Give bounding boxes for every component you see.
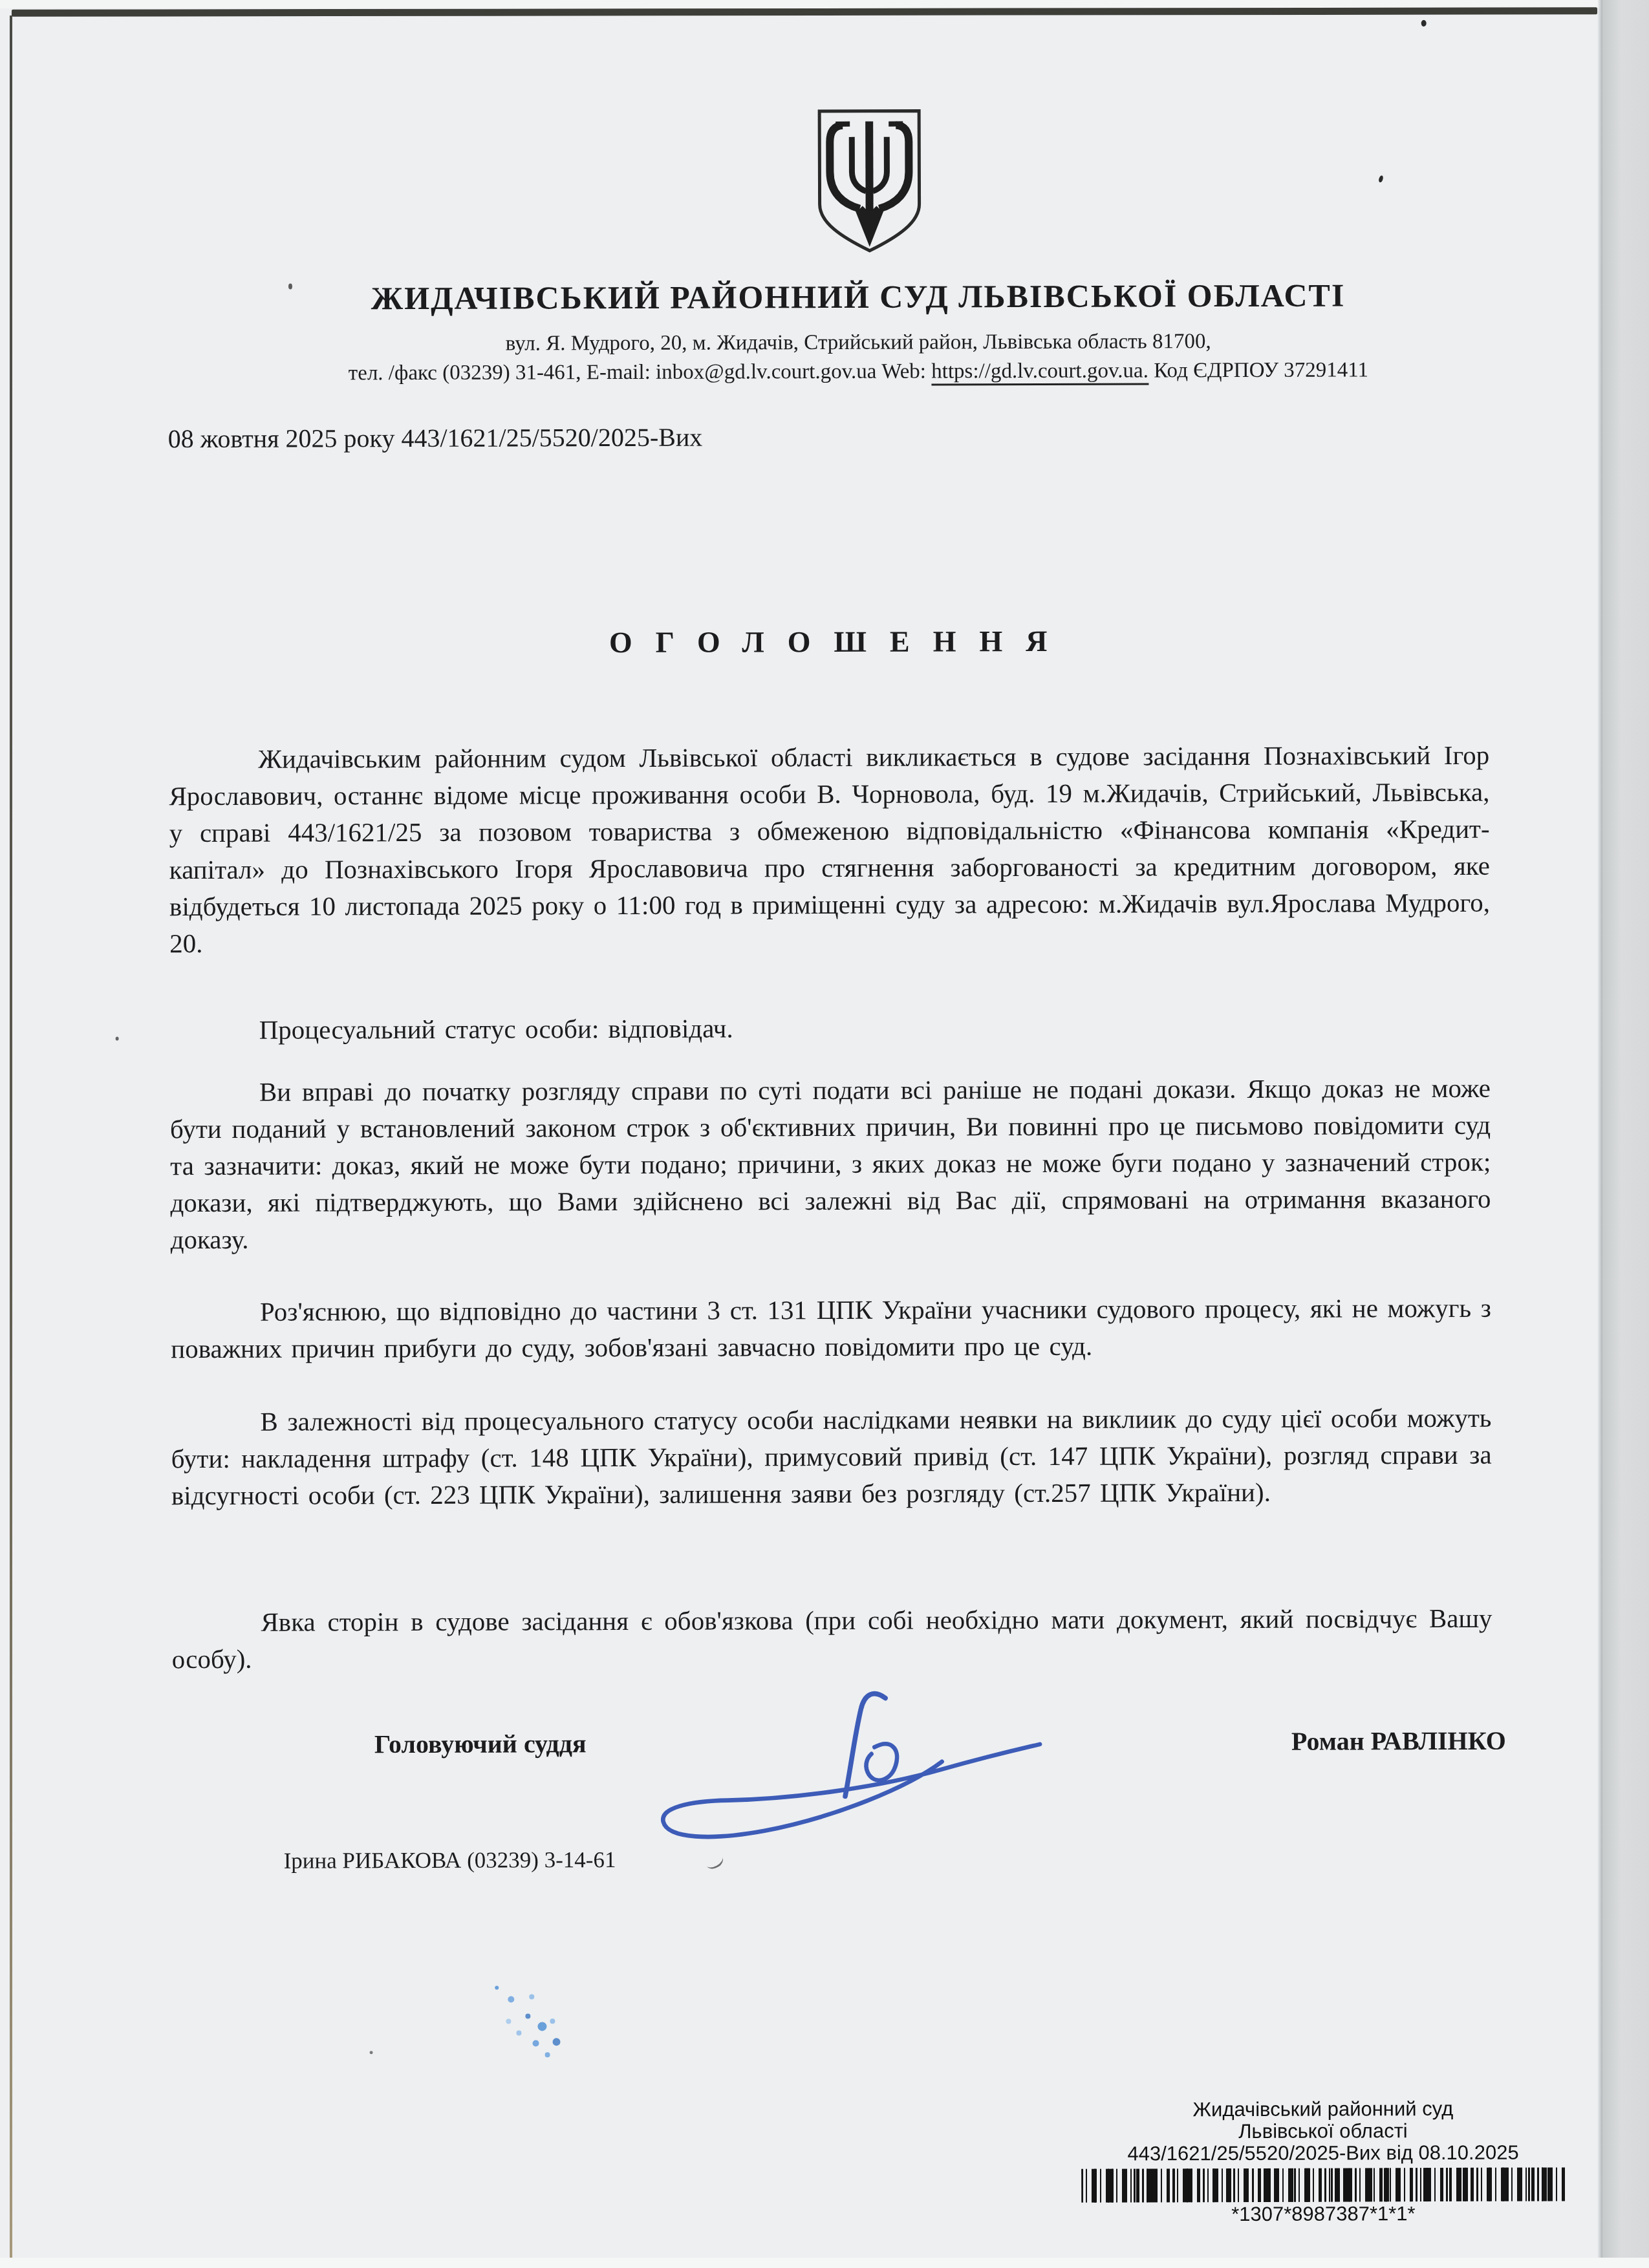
court-website-link: https://gd.lv.court.gov.ua. <box>931 359 1148 385</box>
stamp-court-name-line1: Жидачівський районний суд <box>1070 2097 1577 2121</box>
document-title: ОГОЛОШЕННЯ <box>169 623 1488 661</box>
court-name-heading: ЖИДАЧІВСЬКИЙ РАЙОННИЙ СУД ЛЬВІВСЬКОЇ ОБЛ… <box>102 275 1615 317</box>
body-paragraph: В залежності від процесуального статусу … <box>171 1400 1492 1514</box>
court-address-line: вул. Я. Мудрого, 20, м. Жидачів, Стрийсь… <box>102 328 1615 357</box>
blue-ink-speckles <box>495 1986 499 1990</box>
body-paragraph: Роз'яснюю, що відповідно до частини 3 ст… <box>171 1290 1491 1367</box>
clerk-contact-line: Ірина РИБАКОВА (03239) 3-14-61 <box>284 1847 616 1874</box>
registration-stamp-block: Жидачівський районний суд Львівської обл… <box>1070 2097 1577 2225</box>
barcode-code-text: *1307*8987387*1*1* <box>1070 2202 1577 2225</box>
judge-name: Роман РАВЛІНКО <box>1291 1726 1506 1757</box>
body-paragraph: Жидачівським районним судом Львівської о… <box>169 737 1490 962</box>
scan-speck <box>288 284 292 290</box>
court-contact-line: тел. /факс (03239) 31-461, E-mail: inbox… <box>102 358 1615 386</box>
scan-speck <box>370 2051 373 2054</box>
scan-speck <box>116 1036 119 1040</box>
pen-scratch-mark <box>703 1851 726 1872</box>
scanned-court-letter: ЖИДАЧІВСЬКИЙ РАЙОННИЙ СУД ЛЬВІВСЬКОЇ ОБЛ… <box>0 0 1649 2268</box>
stamp-ref-line: 443/1621/25/5520/2025-Вих від 08.10.2025 <box>1070 2141 1577 2165</box>
stamp-court-name-line2: Львівської області <box>1070 2119 1577 2143</box>
presiding-judge-label: Головуючий суддя <box>374 1728 587 1759</box>
barcode <box>1081 2167 1565 2202</box>
scan-speck <box>1378 175 1384 183</box>
ukraine-trident-emblem <box>814 107 925 255</box>
body-paragraph: Ви вправі до початку розгляду справи по … <box>170 1070 1491 1258</box>
contact-suffix: Код ЄДРПОУ 37291411 <box>1148 358 1368 382</box>
judge-signature <box>598 1685 1064 1848</box>
body-paragraph: Явка сторін в судове засідання є обов'яз… <box>171 1600 1492 1678</box>
body-paragraph: Процесуальний статус особи: відповідач. <box>170 1008 1491 1049</box>
contact-prefix: тел. /факс (03239) 31-461, E-mail: inbox… <box>349 359 932 385</box>
scan-speck <box>1421 20 1427 27</box>
outgoing-ref-date-line: 08 жовтня 2025 року 443/1621/25/5520/202… <box>168 422 703 455</box>
